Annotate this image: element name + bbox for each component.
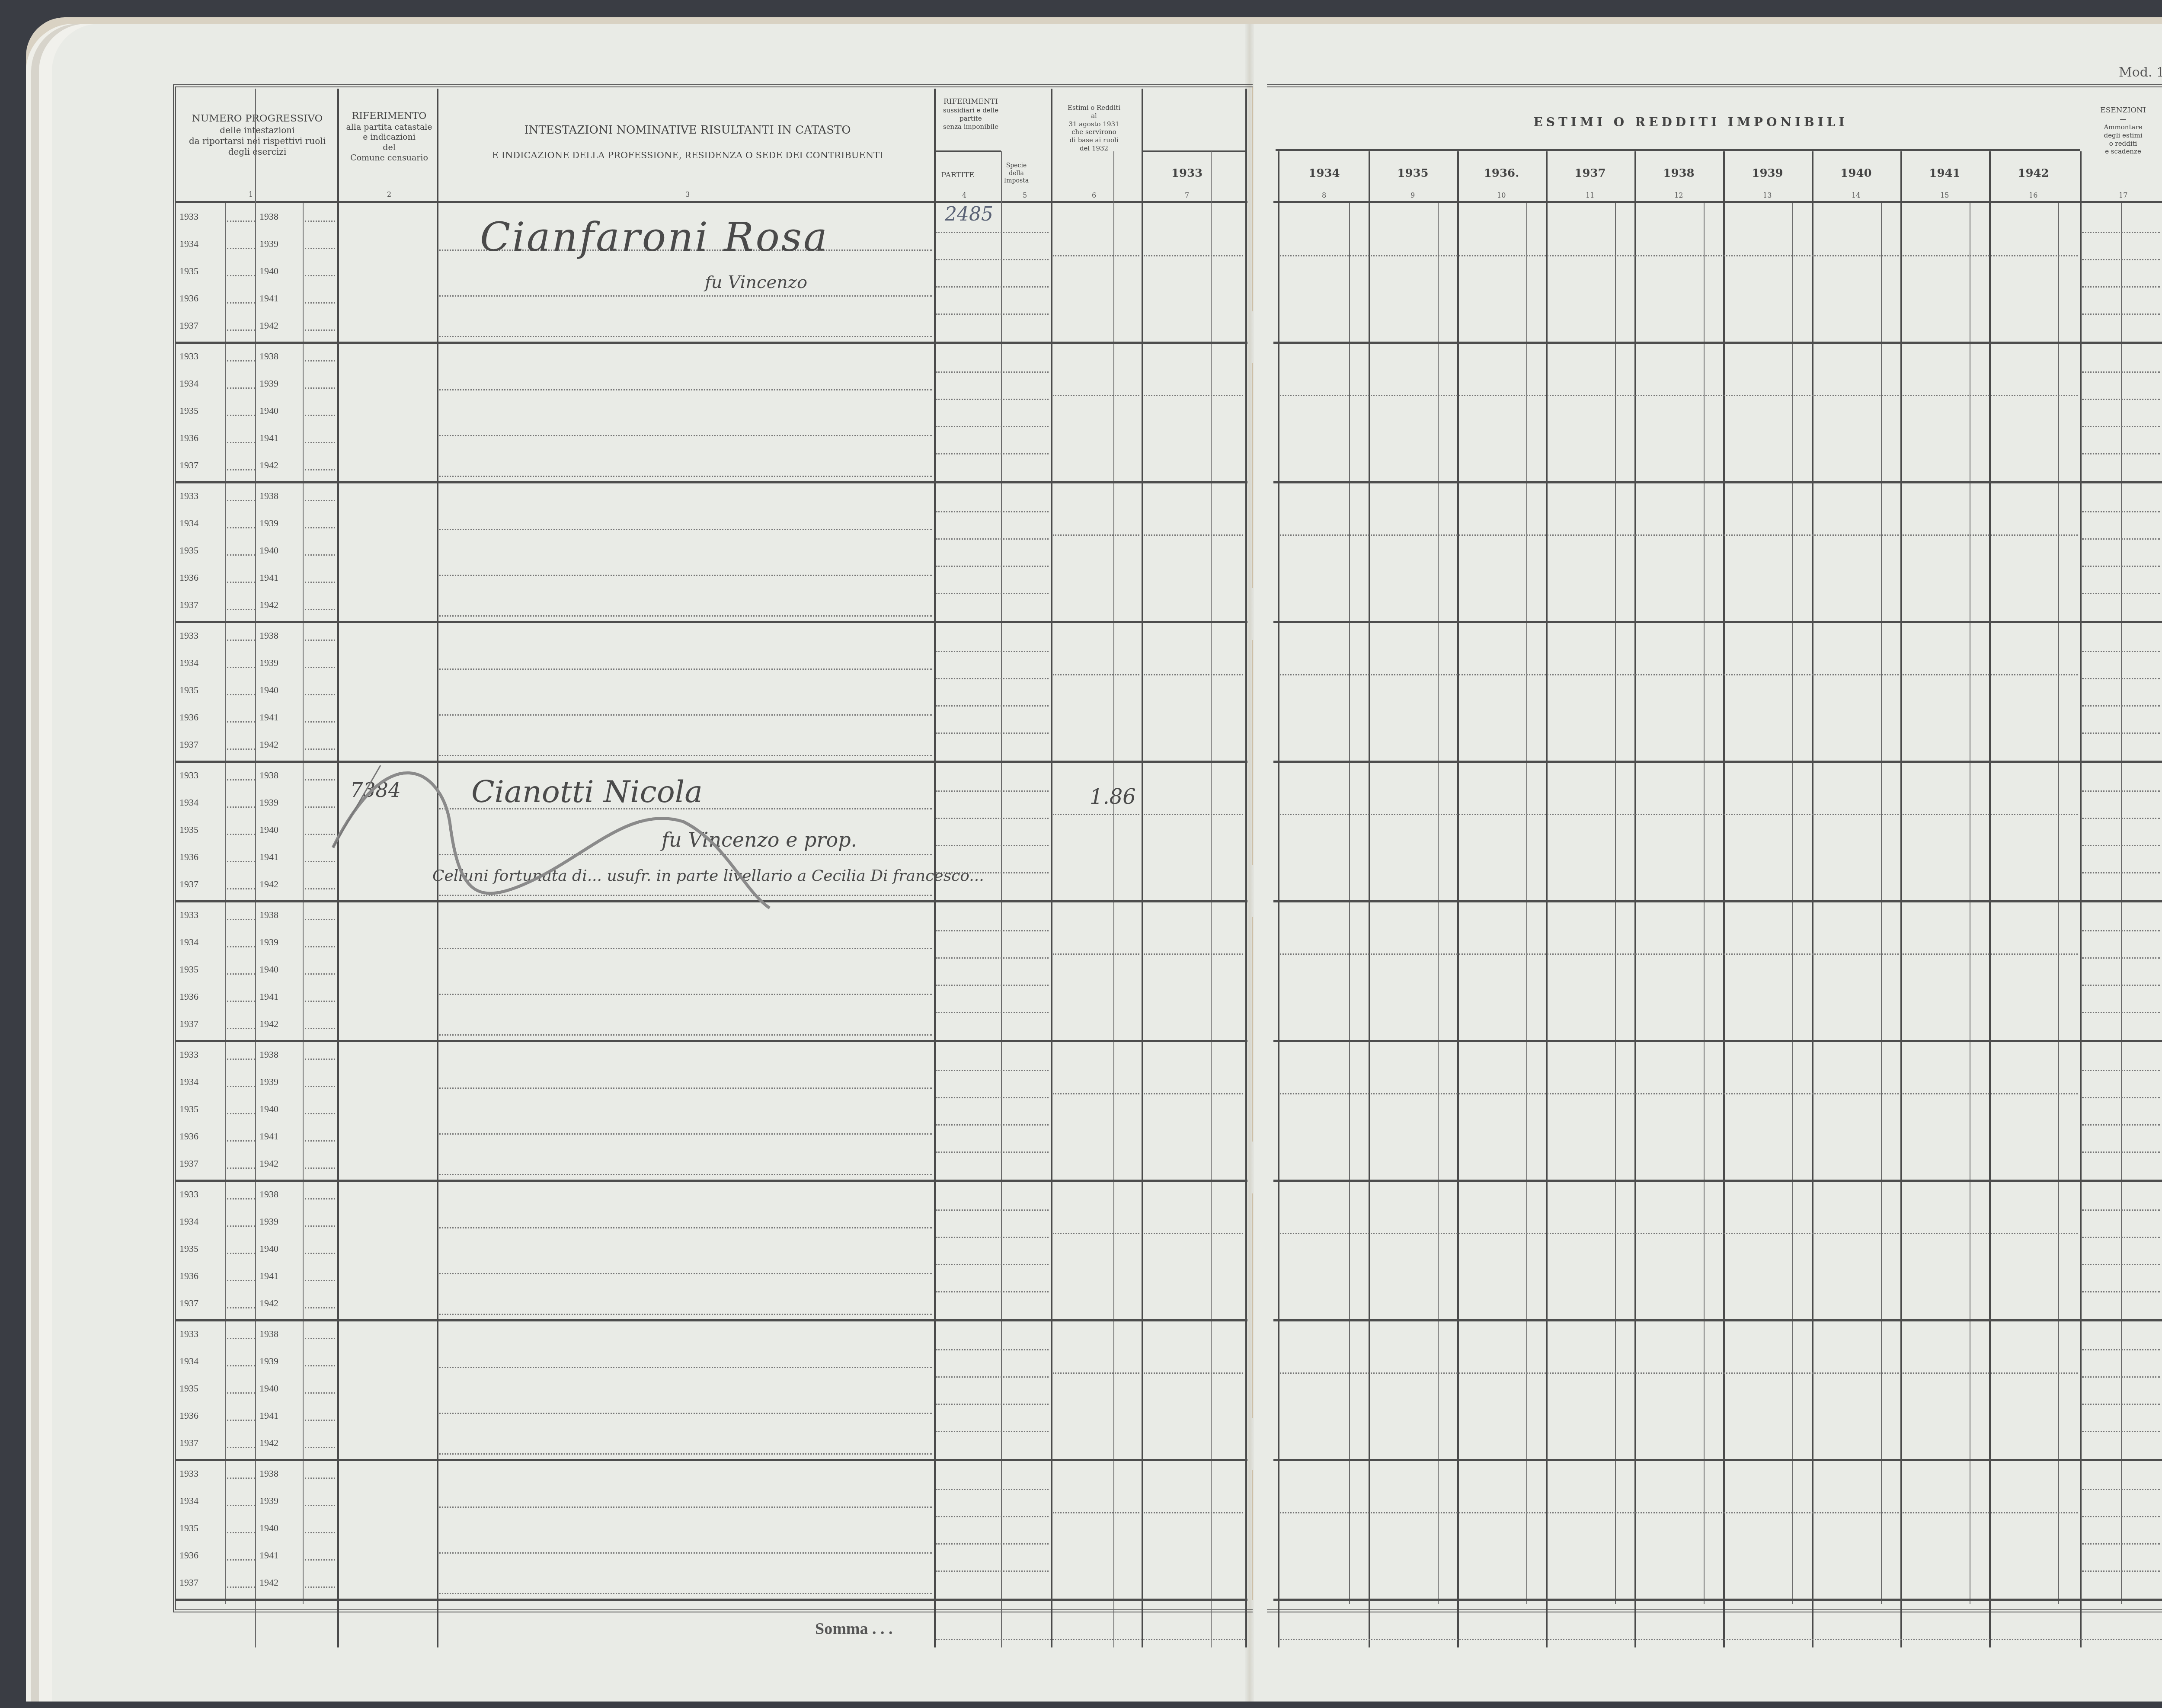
cancellation-stroke [0, 0, 2162, 1708]
somma-label: Somma . . . [815, 1619, 892, 1638]
